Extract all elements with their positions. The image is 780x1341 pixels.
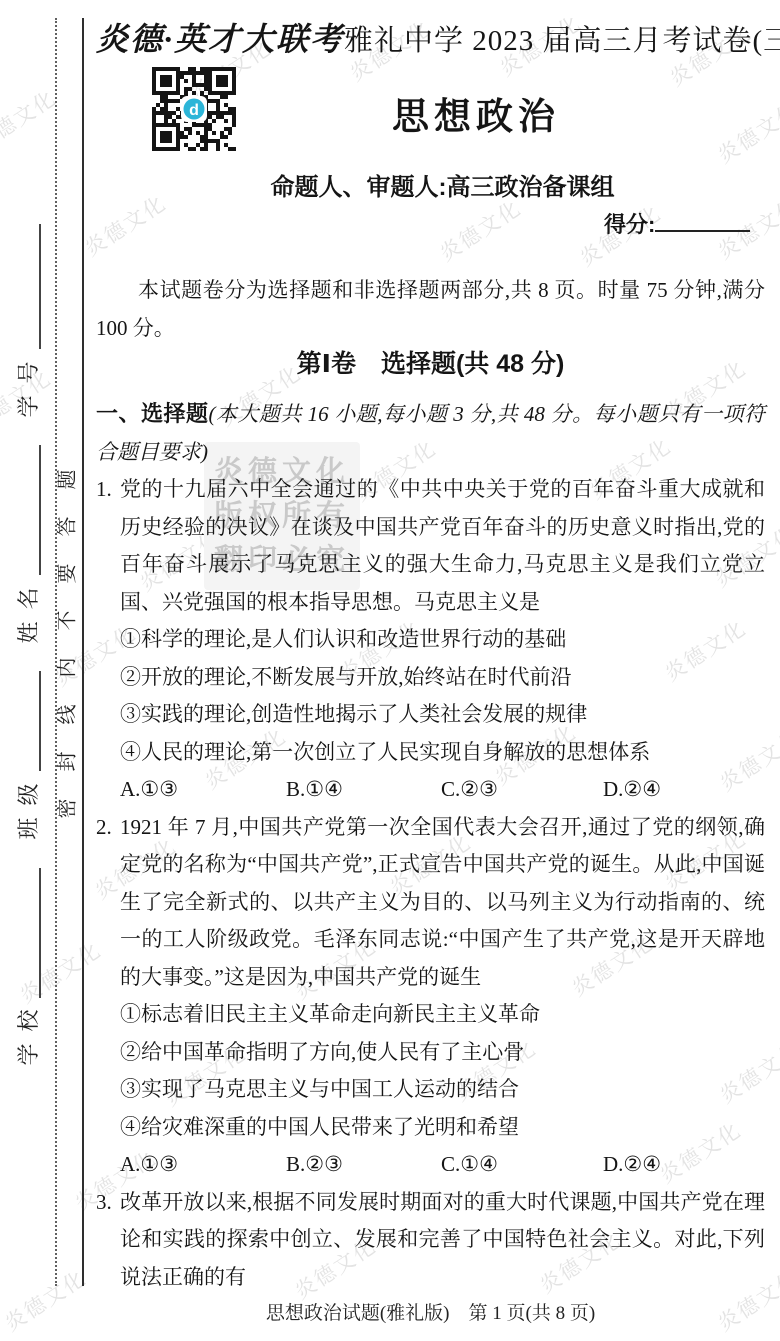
- student-info-fields: 学校班级姓名学号: [15, 218, 41, 1072]
- series-title: 炎德·英才大联考: [96, 21, 344, 57]
- choice: A.①③: [120, 1146, 286, 1184]
- choice: C.①④: [441, 1146, 603, 1184]
- question: 3.改革开放以来,根据不同发展时期面对的重大时代课题,中国共产党在理论和实践的探…: [96, 1184, 765, 1297]
- section-title: 第Ⅰ卷 选择题(共 48 分): [96, 344, 765, 380]
- option-item: ④给灾难深重的中国人民带来了光明和希望: [120, 1109, 765, 1147]
- field-label: 学号: [17, 349, 41, 417]
- question: 1.党的十九届六中全会通过的《中共中央关于党的百年奋斗重大成就和历史经验的决议》…: [96, 471, 765, 809]
- question-number: 3.: [96, 1184, 112, 1222]
- choice: D.②④: [603, 771, 765, 809]
- field-blank-line: [17, 224, 41, 349]
- watermark-text: 炎德文化: [0, 1262, 92, 1337]
- choice: C.②③: [441, 771, 603, 809]
- option-item: ③实践的理论,创造性地揭示了人类社会发展的规律: [120, 696, 765, 734]
- qr-code: d: [152, 67, 236, 151]
- question-number: 1.: [96, 471, 112, 509]
- seal-margin-text: 密封线内不要答题: [55, 444, 81, 819]
- choice: B.②③: [286, 1146, 441, 1184]
- field-blank-line: [17, 868, 41, 998]
- field-label: 学校: [17, 998, 41, 1066]
- field-blank-line: [17, 672, 41, 772]
- section-instruction: 一、选择题(本大题共 16 小题,每小题 3 分,共 48 分。每小题只有一项符…: [96, 395, 765, 471]
- choice: D.②④: [603, 1146, 765, 1184]
- setters-line: 命题人、审题人:高三政治备课组: [108, 167, 777, 202]
- question-number: 2.: [96, 809, 112, 847]
- option-item: ②给中国革命指明了方向,使人民有了主心骨: [120, 1034, 765, 1072]
- student-info-field: 学号: [17, 224, 41, 417]
- score-label: 得分:: [604, 212, 655, 237]
- question-area: 一、选择题(本大题共 16 小题,每小题 3 分,共 48 分。每小题只有一项符…: [96, 395, 765, 1296]
- option-item: ③实现了马克思主义与中国工人运动的结合: [120, 1071, 765, 1109]
- choice-row: A.①③B.②③C.①④D.②④: [120, 1146, 765, 1184]
- exam-page: { "header": { "series_title": "炎德·英才大联考"…: [0, 0, 780, 1341]
- instruction-label: 一、选择题: [96, 401, 208, 426]
- option-item: ④人民的理论,第一次创立了人民实现自身解放的思想体系: [120, 734, 765, 772]
- question-stem: 1.党的十九届六中全会通过的《中共中央关于党的百年奋斗重大成就和历史经验的决议》…: [120, 471, 765, 621]
- option-item: ①标志着旧民主主义革命走向新民主主义革命: [120, 996, 765, 1034]
- exam-title: 雅礼中学 2023 届高三月考试卷(三): [344, 25, 780, 57]
- score-field: 得分:: [604, 208, 750, 239]
- exam-header: 炎德·英才大联考雅礼中学 2023 届高三月考试卷(三): [96, 14, 765, 60]
- question-stem: 2.1921 年 7 月,中国共产党第一次全国代表大会召开,通过了党的纲领,确定…: [120, 809, 765, 997]
- seal-solid-line: [82, 18, 84, 1286]
- option-item: ②开放的理论,不断发展与开放,始终站在时代前沿: [120, 659, 765, 697]
- student-info-field: 班级: [17, 672, 41, 840]
- watermark-text: 炎德文化: [433, 192, 526, 267]
- choice: B.①④: [286, 771, 441, 809]
- student-info-field: 姓名: [17, 445, 41, 643]
- questions-list: 1.党的十九届六中全会通过的《中共中央关于党的百年奋斗重大成就和历史经验的决议》…: [96, 471, 765, 1296]
- option-item: ①科学的理论,是人们认识和改造世界行动的基础: [120, 621, 765, 659]
- student-info-field: 学校: [17, 868, 41, 1066]
- exam-intro: 本试题卷分为选择题和非选择题两部分,共 8 页。时量 75 分钟,满分 100 …: [96, 272, 765, 347]
- svg-text:d: d: [189, 102, 199, 119]
- page-footer: 思想政治试题(雅礼版) 第 1 页(共 8 页): [96, 1295, 765, 1333]
- question: 2.1921 年 7 月,中国共产党第一次全国代表大会召开,通过了党的纲领,确定…: [96, 809, 765, 1184]
- question-stem: 3.改革开放以来,根据不同发展时期面对的重大时代课题,中国共产党在理论和实践的探…: [120, 1184, 765, 1297]
- field-label: 姓名: [17, 575, 41, 643]
- field-label: 班级: [17, 772, 41, 840]
- watermark-text: 炎德文化: [0, 82, 62, 157]
- score-blank-line: [655, 210, 750, 232]
- subject-title: 思想政治: [226, 86, 726, 140]
- choice: A.①③: [120, 771, 286, 809]
- choice-row: A.①③B.①④C.②③D.②④: [120, 771, 765, 809]
- field-blank-line: [17, 445, 41, 575]
